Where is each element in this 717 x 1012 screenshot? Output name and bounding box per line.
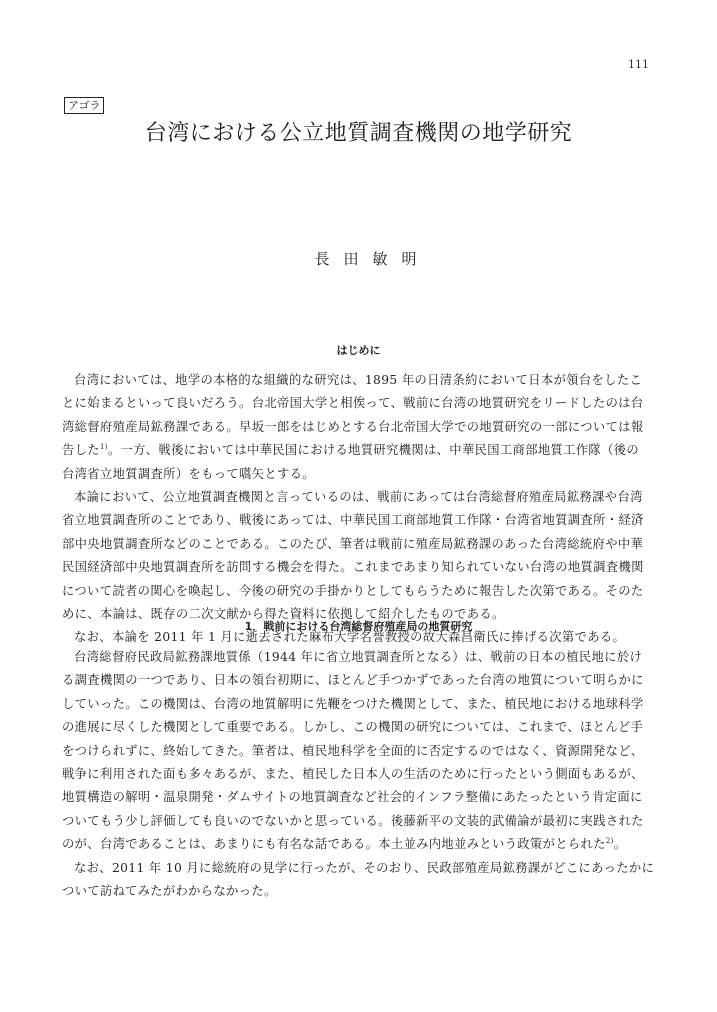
paragraph-line: 部中央地質調査所などのことである。このたび、筆者は戦前に殖産局鉱務課のあった台湾… [62,533,658,556]
paragraph-line: をつけられずに、終始してきた。筆者は、植民地科学を全面的に否定するのではなく、資… [62,740,658,763]
paragraph-line: 台湾総督府民政局鉱務課地質係（1944 年に省立地質調査所となる）は、戦前の日本… [62,646,658,669]
intro-heading: はじめに [0,342,717,358]
section1-heading: 1．戦前における台湾総督府殖産局の地質研究 [0,618,717,634]
paragraph-line: 地質構造の解明・温泉開発・ダムサイトの地質調査など社会的インフラ整備にあたったと… [62,786,658,809]
footnote-ref-2[interactable]: 2) [606,837,614,845]
line-text: 。一方、戦後においては中華民国における地質研究機関は、中華民国工商部地質工作隊（… [108,443,639,457]
author-name: 長田敏明 [0,248,717,269]
paragraph-line: ついてもう少し評価しても良いのでないかと思っている。後藤新平の文装的武備論が最初… [62,810,658,833]
paragraph-line: 民国経済部中央地質調査所を訪問する機会を得た。これまであまり知られていない台湾の… [62,556,658,579]
page-number: 111 [628,58,649,71]
paragraph-line: 省立地質調査所のことであり、戦後にあっては、中華民国工商部地質工作隊・台湾省地質… [62,509,658,532]
paragraph-line: 台湾省立地質調査所）をもって嚆矢とする。 [62,463,658,486]
paragraph-line: 湾総督府殖産局鉱務課である。早坂一郎をはじめとする台北帝国大学での地質研究の一部… [62,416,658,439]
paragraph-line: なお、2011 年 10 月に総統府の見学に行ったが、そのおり、民政部殖産局鉱務… [62,857,658,880]
line-text: のが、台湾であることは、あまりにも有名な話である。本土並み内地並みという政策がと… [62,837,606,851]
paragraph-line: の進展に尽くした機関として重要である。しかし、この機関の研究については、これまで… [62,716,658,739]
section-badge: アゴラ [64,97,104,114]
section1-body: 台湾総督府民政局鉱務課地質係（1944 年に省立地質調査所となる）は、戦前の日本… [62,646,658,903]
paragraph-line: ついて訪ねてみたがわからなかった。 [62,880,658,903]
paragraph-line: 戦争に利用された面も多々あるが、また、植民した日本人の生活のために行ったという側… [62,763,658,786]
article-title: 台湾における公立地質調査機関の地学研究 [0,116,717,147]
line-text: 。 [614,837,627,851]
intro-body: 台湾においては、地学の本格的な組織的な研究は、1895 年の日清条約において日本… [62,369,658,650]
footnote-ref-1[interactable]: 1) [100,443,108,451]
paragraph-line: のが、台湾であることは、あまりにも有名な話である。本土並み内地並みという政策がと… [62,833,658,856]
paragraph-line: していった。この機関は、台湾の地質解明に先鞭をつけた機関として、また、植民地にお… [62,693,658,716]
paragraph-line: る調査機関の一つであり、日本の領台初期に、ほとんど手つかずであった台湾の地質につ… [62,669,658,692]
paragraph-line: について読者の関心を喚起し、今後の研究の手掛かりとしてもらうために報告した次第で… [62,580,658,603]
line-text: 告した [62,443,100,457]
paragraph-line: 告した1)。一方、戦後においては中華民国における地質研究機関は、中華民国工商部地… [62,439,658,462]
paragraph-line: 本論において、公立地質調査機関と言っているのは、戦前にあっては台湾総督府殖産局鉱… [62,486,658,509]
paragraph-line: 台湾においては、地学の本格的な組織的な研究は、1895 年の日清条約において日本… [62,369,658,392]
paragraph-line: とに始まるといって良いだろう。台北帝国大学と相俟って、戦前に台湾の地質研究をリー… [62,392,658,415]
